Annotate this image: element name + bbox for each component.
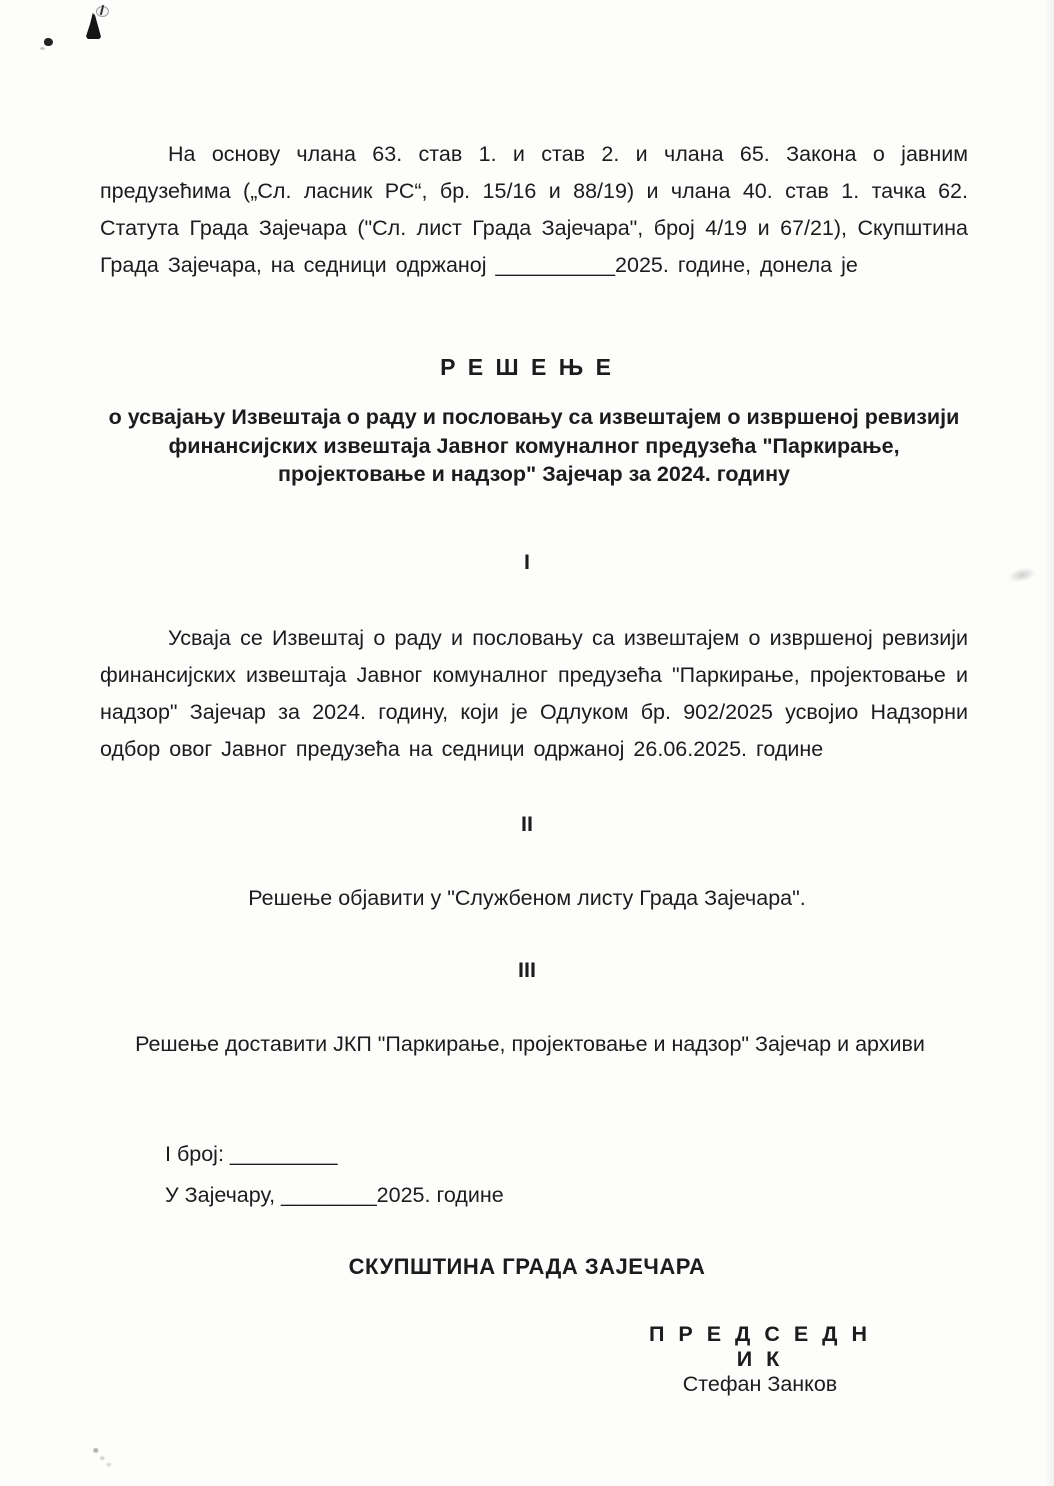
- assembly-name: СКУПШТИНА ГРАДА ЗАЈЕЧАРА: [0, 1254, 1054, 1280]
- section-numeral-2: II: [0, 812, 1054, 837]
- scan-speckle: [88, 1446, 114, 1468]
- ink-dot-tail-mark: [40, 47, 45, 50]
- section-body-3: Решење доставити ЈКП "Паркирање, пројект…: [30, 1032, 1030, 1057]
- signature-name: Стефан Занков: [640, 1372, 880, 1397]
- intro-paragraph: На основу члана 63. став 1. и став 2. и …: [100, 136, 968, 284]
- section-body-2: Решење објавити у "Службеном листу Града…: [0, 886, 1054, 911]
- decree-subtitle: о усвајању Извештаја о раду и пословању …: [96, 403, 972, 489]
- signature-title: П Р Е Д С Е Д Н И К: [640, 1322, 880, 1372]
- section-body-1: Усваја се Извештај о раду и пословању са…: [100, 620, 968, 768]
- scanned-decree-page: На основу члана 63. став 1. и став 2. и …: [0, 0, 1054, 1486]
- section-numeral-1: I: [0, 550, 1054, 575]
- decree-title: Р Е Ш Е Њ Е: [0, 354, 1054, 381]
- section-numeral-3: III: [0, 958, 1054, 983]
- ink-dot-mark: [44, 38, 53, 46]
- document-number-line: I број: _________: [165, 1142, 338, 1167]
- place-date-line: У Зајечару, ________2025. године: [165, 1183, 504, 1208]
- ink-blob-mark: [86, 13, 101, 39]
